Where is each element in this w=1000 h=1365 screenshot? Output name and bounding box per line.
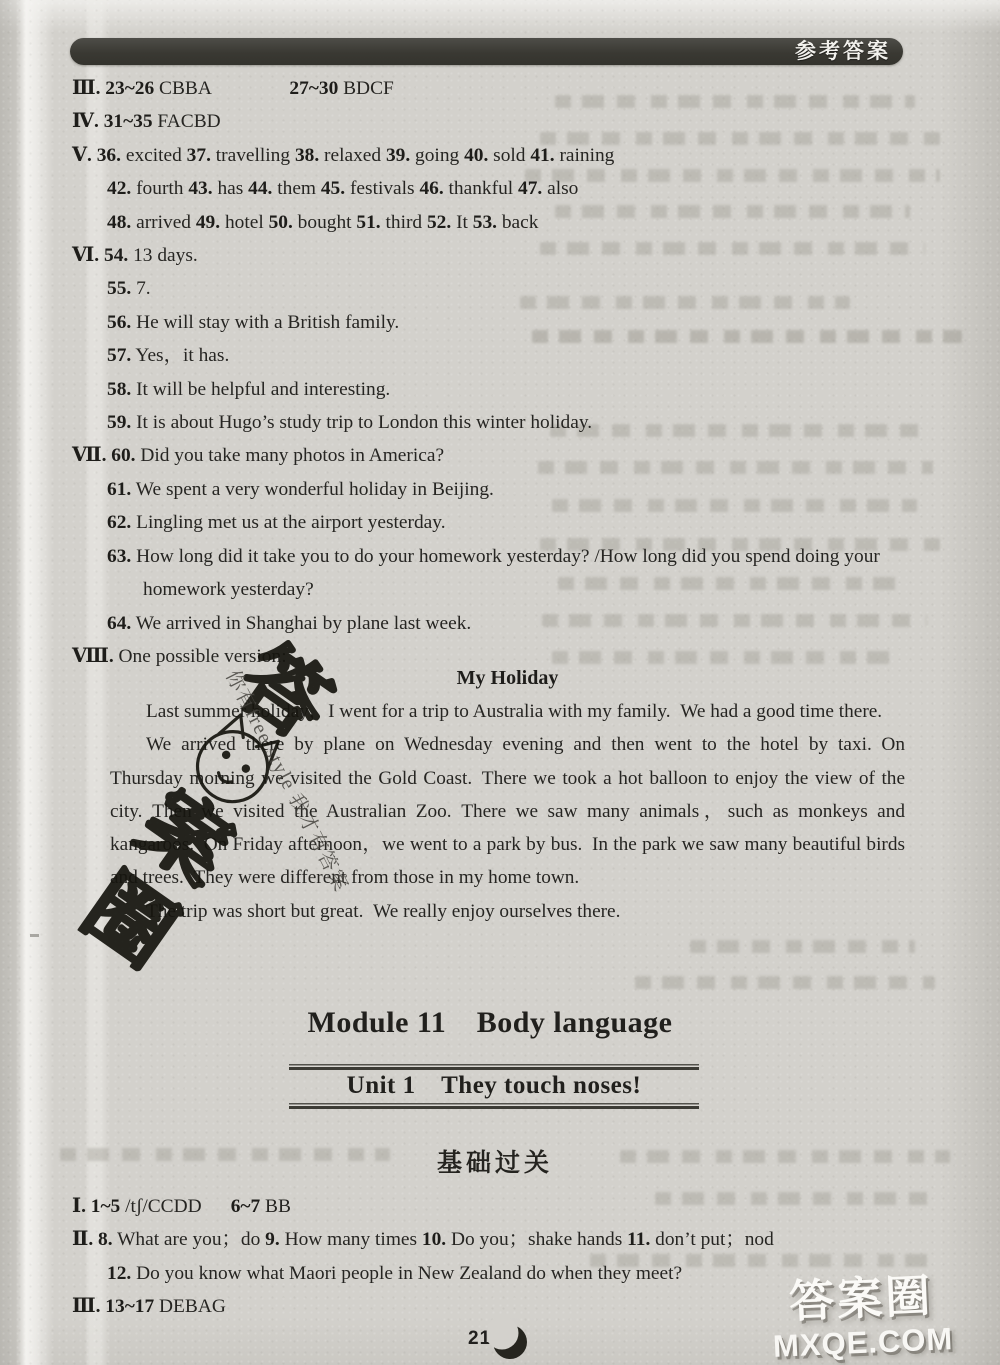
subsection-header: 基础过关 (0, 1143, 990, 1179)
answer-line: 55. 7. (107, 272, 924, 305)
module-header: Module 11 Body language (70, 1006, 910, 1040)
answer-line: 61. We spent a very wonderful holiday in… (107, 473, 924, 506)
answer-line: 63. How long did it take you to do your … (107, 540, 903, 607)
answer-key-bar: 参考答案 (70, 38, 903, 65)
answer-line: 56. He will stay with a British family. (107, 306, 924, 339)
scanned-answer-page: { "colors": { "bar": "#3a3933", "ink": "… (0, 0, 1000, 1365)
answer-line: Ⅶ. 60. Did you take many photos in Ameri… (72, 439, 924, 472)
unit-header-title: Unit 1 They touch noses! (289, 1070, 699, 1103)
answer-line: 58. It will be helpful and interesting. (107, 373, 924, 406)
bleed-through-mark (690, 940, 915, 953)
essay-paragraph: The trip was short but great. We really … (110, 895, 905, 928)
answer-line: 57. Yes，it has. (107, 339, 924, 372)
answer-line: Ⅲ. 23~26 CBBA 27~30 BDCF (72, 72, 924, 105)
crescent-moon-icon (488, 1317, 532, 1365)
answer-line: 42. fourth 43. has 44. them 45. festival… (107, 172, 924, 205)
scan-edge-mark (30, 934, 39, 937)
answer-line: Ⅰ. 1~5 /tʃ/CCDD 6~7 BB (72, 1190, 930, 1223)
answer-line: Ⅵ. 54. 13 days. (72, 239, 924, 272)
answer-line: 59. It is about Hugo’s study trip to Lon… (107, 406, 924, 439)
answer-line: 64. We arrived in Shanghai by plane last… (107, 607, 924, 640)
answer-line: Ⅴ. 36. excited 37. travelling 38. relaxe… (72, 139, 924, 172)
bleed-through-mark (635, 976, 935, 989)
unit-header: Unit 1 They touch noses! (289, 1064, 699, 1109)
brand-site-url: MXQE.COM (753, 1322, 974, 1363)
answer-line: Ⅳ. 31~35 FACBD (72, 105, 924, 138)
unit-header-bottom-rule (289, 1103, 699, 1109)
brand-name: 答案圈 (750, 1271, 972, 1326)
answers-section-1: Ⅲ. 23~26 CBBA 27~30 BDCFⅣ. 31~35 FACBDⅤ.… (0, 72, 924, 673)
answer-line: 48. arrived 49. hotel 50. bought 51. thi… (107, 206, 924, 239)
brand-watermark: 答案圈 MXQE.COM (750, 1271, 973, 1363)
answer-key-bar-label: 参考答案 (795, 38, 891, 65)
answer-line: Ⅱ. 8. What are you；do 9. How many times … (72, 1223, 930, 1256)
answer-line: 62. Lingling met us at the airport yeste… (107, 506, 924, 539)
